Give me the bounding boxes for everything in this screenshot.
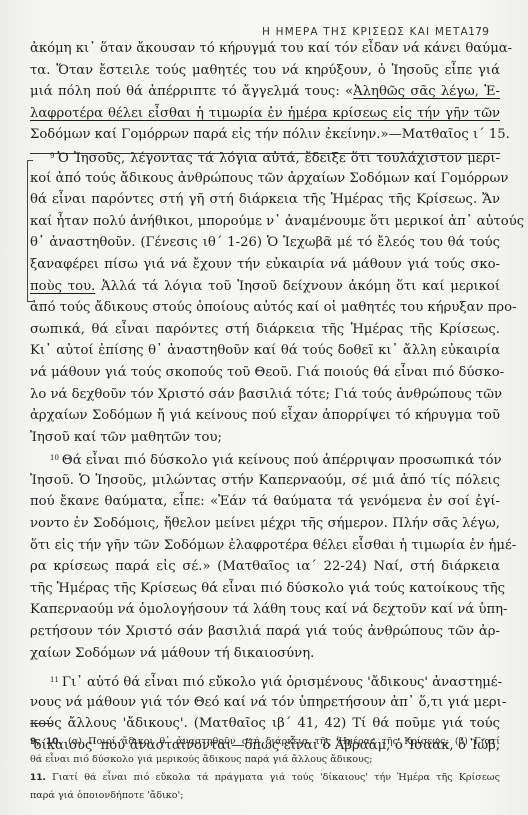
running-title: Η ΗΜΕΡΑ ΤΗΣ ΚΡΙΣΕΩΣ ΚΑΙ ΜΕΤΑ <box>262 26 492 38</box>
text-line: ρετήσουν τόν Χριστό σάν βασιλιά παρά γιά… <box>30 621 500 643</box>
underlined-phrase: ποὺς του. <box>30 279 95 294</box>
text-line: κοί ἀπό τούς ἄδικους ἀνθρώπους τῶν ἀρχαί… <box>30 168 500 190</box>
footnote-divider <box>30 723 52 724</box>
underlined-quote: Ἀληθῶς σᾶς λέγω, Ἐ- <box>353 84 500 99</box>
book-page: Η ΗΜΕΡΑ ΤΗΣ ΚΡΙΣΕΩΣ ΚΑΙ ΜΕΤΑ 179 ἀκόμη κ… <box>0 0 528 815</box>
paragraph-number: 9 <box>50 152 54 160</box>
page-number: 179 <box>468 25 489 38</box>
text-line: Καπερναούμ νά ὁμολογήσουν τά λάθη τους κ… <box>30 599 500 621</box>
text-line: Κι᾽ αὐτοί ἐπίσης θ᾽ ἀναστηθοῦν καί θά το… <box>30 340 500 362</box>
paragraph-number: 11 <box>50 676 59 684</box>
text-line: θ᾽ ἀναστηθοῦν. (Γένεσις ιθ´ 1-26) Ὁ Ἰεχω… <box>30 232 500 254</box>
footnote-line: παρά γιά ὁποιονδήποτε 'ἄδικο'; <box>30 787 500 805</box>
text-line: πού ἔκανε θαύματα, εἶπε: «Ἐάν τά θαύματα… <box>30 491 500 513</box>
text-line: λο νά δεχθοῦν τόν Χριστό σάν βασιλιά τότ… <box>30 384 500 406</box>
text-line: Ἰησοῦ. Ὁ Ἰησοῦς, μιλώντας στήν Καπερναού… <box>30 470 500 492</box>
text-line: ποὺς του. Ἀλλά τά λόγια τοῦ Ἰησοῦ δείχνο… <box>30 276 500 298</box>
text-line: ἀκόμη κι᾽ ὅταν ἄκουσαν τό κήρυγμά του κα… <box>30 38 500 60</box>
text-line: νους νά μάθουν γιά τόν Θεό καί νά τόν ὑπ… <box>30 692 500 714</box>
text-line: νοντο ἐν Σοδόμοις, ἤθελον μείνει μέχρι τ… <box>30 513 500 535</box>
text-line: ἀπό τούς ἄδικους στούς ὁποίους αὐτός καί… <box>30 297 500 319</box>
footnote-line: θά εἶναι πιό δύσκολο γιά μερικούς ἄδικου… <box>30 751 500 769</box>
text-line: ξαναφέρει πίσω γιά νά ἔχουν τήν εὐκαιρία… <box>30 254 500 276</box>
paragraph-10-start: 10Θά εἶναι πιό δύσκολο γιά κείνους πού ἀ… <box>30 448 500 470</box>
text-line: σωπικά, θά εἶναι παρόντες στή διάρκεια τ… <box>30 319 500 341</box>
study-questions: 9, 10. (α) Ποιοί ἄδικοι θ᾽ ἀναστηθοῦν στ… <box>30 733 500 805</box>
text-line: ρα κρίσεως παρά εἰς σέ.» (Ματθαῖος ια´ 2… <box>30 556 500 578</box>
paragraph-number: 10 <box>50 454 59 462</box>
footnote-line: 9, 10. (α) Ποιοί ἄδικοι θ᾽ ἀναστηθοῦν στ… <box>30 733 500 751</box>
footnote-number: 11. <box>30 773 46 783</box>
text-line: Ἰησοῦ καί τῶν μαθητῶν του; <box>30 427 500 449</box>
paragraph-9-start: 9Ὁ Ἰησοῦς, λέγοντας τά λόγια αὐτά, ἔδειξ… <box>30 146 500 168</box>
text-line: καί ἦταν πολύ ἀνήθικοι, μπορούμε ν᾽ ἀναμ… <box>30 211 500 233</box>
text-line: θά εἶναι παρόντες στή γῆ στή διάρκεια τῆ… <box>30 189 500 211</box>
text-line: ὅτι εἰς τήν γῆν τῶν Σοδόμων ἐλαφροτέρα θ… <box>30 535 500 557</box>
main-text: ἀκόμη κι᾽ ὅταν ἄκουσαν τό κήρυγμά του κα… <box>30 38 500 757</box>
text-line: νά μάθουν γιά τούς σκοπούς τοῦ Θεοῦ. Γιά… <box>30 362 500 384</box>
paragraph-11-start: 11Γι᾽ αὐτό θά εἶναι πιό εὔκολο γιά ὁρισμ… <box>30 670 500 692</box>
text-line: κούς ἄλλους 'ἄδικους'. (Ματθαῖος ιβ´ 41,… <box>30 713 500 735</box>
text-line: τῆς Ἡμέρας τῆς Κρίσεως θά εἶναι πιό δύσκ… <box>30 578 500 600</box>
text-line: ἀρχαίων Σοδόμων ἤ γιά κείνους πού εἶχαν … <box>30 405 500 427</box>
footnote-number: 9, 10. <box>30 737 62 747</box>
text-line-underlined: λαφροτέρα θέλει εἶσθαι ἡ τιμωρία ἐν ἡμέρ… <box>30 103 500 125</box>
text-line: τα. Ὅταν ἔστειλε τούς μαθητές του νά κηρ… <box>30 60 500 82</box>
footnote-line: 11. Γιατί θά εἶναι πιό εὔκολα τά πράγματ… <box>30 769 500 787</box>
text-line: μιά πόλη πού θά ἀπέρριπτε τό ἄγγελμά του… <box>30 81 500 103</box>
text-line: Σοδόμων καί Γομόρρων παρά εἰς τήν πόλιν … <box>30 124 500 146</box>
text-line: χαίων Σοδόμων νά μάθουν τή δικαιοσύνη. <box>30 643 500 665</box>
